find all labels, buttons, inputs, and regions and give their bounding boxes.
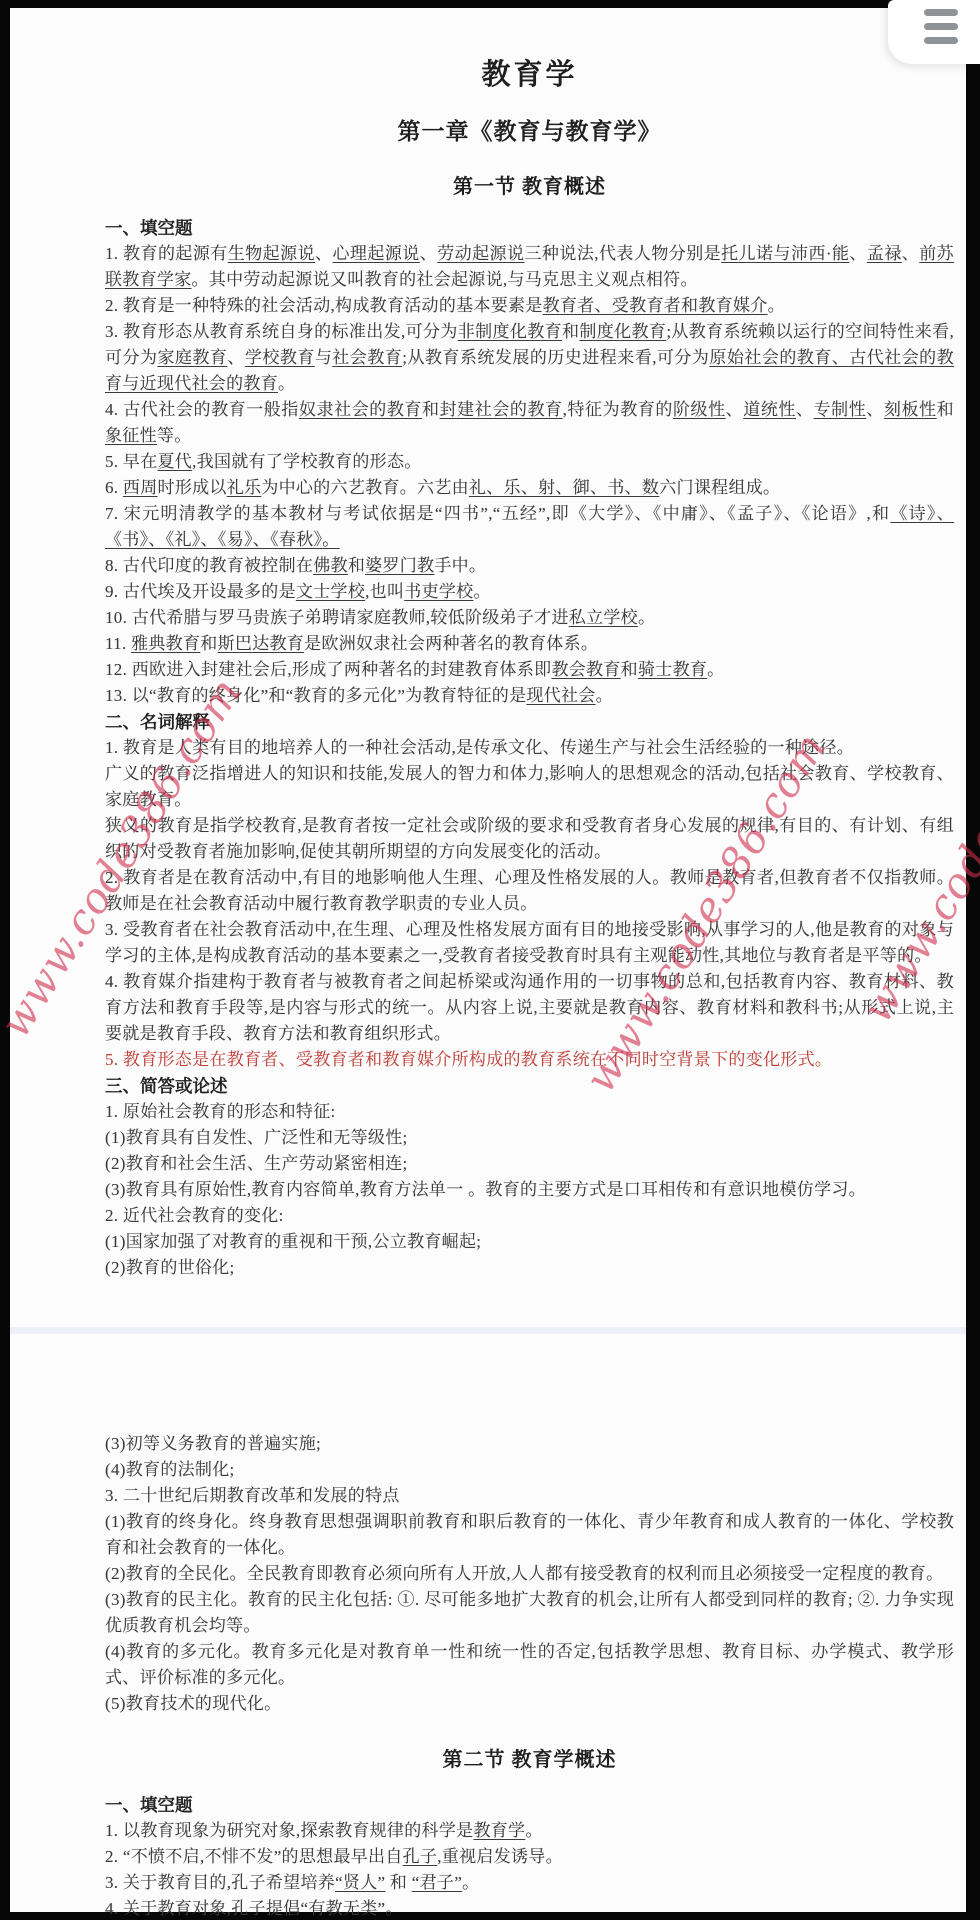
paragraph: (3)初等义务教育的普遍实施; [105, 1431, 954, 1457]
paragraph: (4)教育的多元化。教育多元化是对教育单一性和统一性的否定,包括教学思想、教育目… [105, 1639, 954, 1691]
heading: 三、简答或论述 [105, 1073, 954, 1099]
paragraph: 3. 受教育者在社会教育活动中,在生理、心理及性格发展方面有目的地接受影响,从事… [105, 917, 954, 969]
heading: 二、名词解释 [105, 709, 954, 735]
paragraph: 6. 西周时形成以礼乐为中心的六艺教育。六艺由礼、乐、射、御、书、数六门课程组成… [105, 475, 954, 501]
page-break-gap [105, 1281, 954, 1431]
paragraph: (3)教育具有原始性,教育内容简单,教育方法单一 。教育的主要方式是口耳相传和有… [105, 1177, 954, 1203]
paragraph: (4)教育的法制化; [105, 1457, 954, 1483]
paragraph: 1. 以教育现象为研究对象,探索教育规律的科学是教育学。 [105, 1818, 954, 1844]
paragraph: 11. 雅典教育和斯巴达教育是欧洲奴隶社会两种著名的教育体系。 [105, 631, 954, 657]
paragraph: (3)教育的民主化。教育的民主化包括: ①. 尽可能多地扩大教育的机会,让所有人… [105, 1587, 954, 1639]
paragraph: 3. 关于教育目的,孔子希望培养“贤人” 和 “君子”。 [105, 1870, 954, 1896]
paragraph: (1)教育具有自发性、广泛性和无等级性; [105, 1125, 954, 1151]
paragraph: 4. 古代社会的教育一般指奴隶社会的教育和封建社会的教育,特征为教育的阶级性、道… [105, 397, 954, 449]
paragraph: (2)教育和社会生活、生产劳动紧密相连; [105, 1151, 954, 1177]
paragraph: (2)教育的世俗化; [105, 1255, 954, 1281]
paragraph: 2. 近代社会教育的变化: [105, 1203, 954, 1229]
heading: 一、填空题 [105, 215, 954, 241]
paragraph: 3. 二十世纪后期教育改革和发展的特点 [105, 1483, 954, 1509]
heading: 第一章《教育与教育学》 [105, 113, 954, 146]
heading: 教育学 [105, 8, 954, 93]
paragraph: 2. 教育是一种特殊的社会活动,构成教育活动的基本要素是教育者、受教育者和教育媒… [105, 293, 954, 319]
paragraph: 8. 古代印度的教育被控制在佛教和婆罗门教手中。 [105, 553, 954, 579]
paragraph: (1)教育的终身化。终身教育思想强调职前教育和职后教育的一体化、青少年教育和成人… [105, 1509, 954, 1561]
paragraph: 2. 教育者是在教育活动中,有目的地影响他人生理、心理及性格发展的人。教师是教育… [105, 865, 954, 917]
paragraph: 1. 教育的起源有生物起源说、心理起源说、劳动起源说三种说法,代表人物分别是托儿… [105, 241, 954, 293]
document-body: 教育学第一章《教育与教育学》第一节 教育概述一、填空题1. 教育的起源有生物起源… [10, 8, 966, 1920]
paragraph: 7. 宋元明清教学的基本教材与考试依据是“四书”,“五经”,即《大学》、《中庸》… [105, 501, 954, 553]
paragraph: 10. 古代希腊与罗马贵族子弟聘请家庭教师,较低阶级弟子才进私立学校。 [105, 605, 954, 631]
paragraph: 广义的教育泛指增进人的知识和技能,发展人的智力和体力,影响人的思想观念的活动,包… [105, 761, 954, 813]
paragraph: 12. 西欧进入封建社会后,形成了两种著名的封建教育体系即教会教育和骑士教育。 [105, 657, 954, 683]
paragraph: 4. 教育媒介指建构于教育者与被教育者之间起桥梁或沟通作用的一切事物的总和,包括… [105, 969, 954, 1047]
paragraph: 1. 原始社会教育的形态和特征: [105, 1099, 954, 1125]
hamburger-menu-icon [924, 9, 958, 16]
hamburger-menu-button[interactable] [888, 0, 980, 64]
paragraph: (1)国家加强了对教育的重视和干预,公立教育崛起; [105, 1229, 954, 1255]
hamburger-menu-icon [924, 23, 958, 30]
heading: 第一节 教育概述 [105, 170, 954, 199]
heading: 一、填空题 [105, 1792, 954, 1818]
page-divider [10, 1327, 966, 1334]
paragraph: 5. 教育形态是在教育者、受教育者和教育媒介所构成的教育系统在不同时空背景下的变… [105, 1047, 954, 1073]
document-page: 教育学第一章《教育与教育学》第一节 教育概述一、填空题1. 教育的起源有生物起源… [10, 8, 966, 1912]
paragraph: 4. 关于教育对象,孔子提倡“有教无类”。 [105, 1896, 954, 1920]
paragraph: 5. 早在夏代,我国就有了学校教育的形态。 [105, 449, 954, 475]
paragraph: 3. 教育形态从教育系统自身的标准出发,可分为非制度化教育和制度化教育;从教育系… [105, 319, 954, 397]
paragraph: 1. 教育是人类有目的地培养人的一种社会活动,是传承文化、传递生产与社会生活经验… [105, 735, 954, 761]
paragraph: (2)教育的全民化。全民教育即教育必须向所有人开放,人人都有接受教育的权利而且必… [105, 1561, 954, 1587]
heading: 第二节 教育学概述 [105, 1743, 954, 1772]
paragraph: 9. 古代埃及开设最多的是文士学校,也叫书吏学校。 [105, 579, 954, 605]
paragraph: (5)教育技术的现代化。 [105, 1691, 954, 1717]
screenshot-root: { "icons": { "menu": "hamburger-menu-ico… [0, 0, 980, 1920]
paragraph: 13. 以“教育的终身化”和“教育的多元化”为教育特征的是现代社会。 [105, 683, 954, 709]
paragraph: 2. “不愤不启,不悱不发”的思想最早出自孔子,重视启发诱导。 [105, 1844, 954, 1870]
hamburger-menu-icon [924, 37, 958, 44]
paragraph: 狭义的教育是指学校教育,是教育者按一定社会或阶级的要求和受教育者身心发展的规律,… [105, 813, 954, 865]
